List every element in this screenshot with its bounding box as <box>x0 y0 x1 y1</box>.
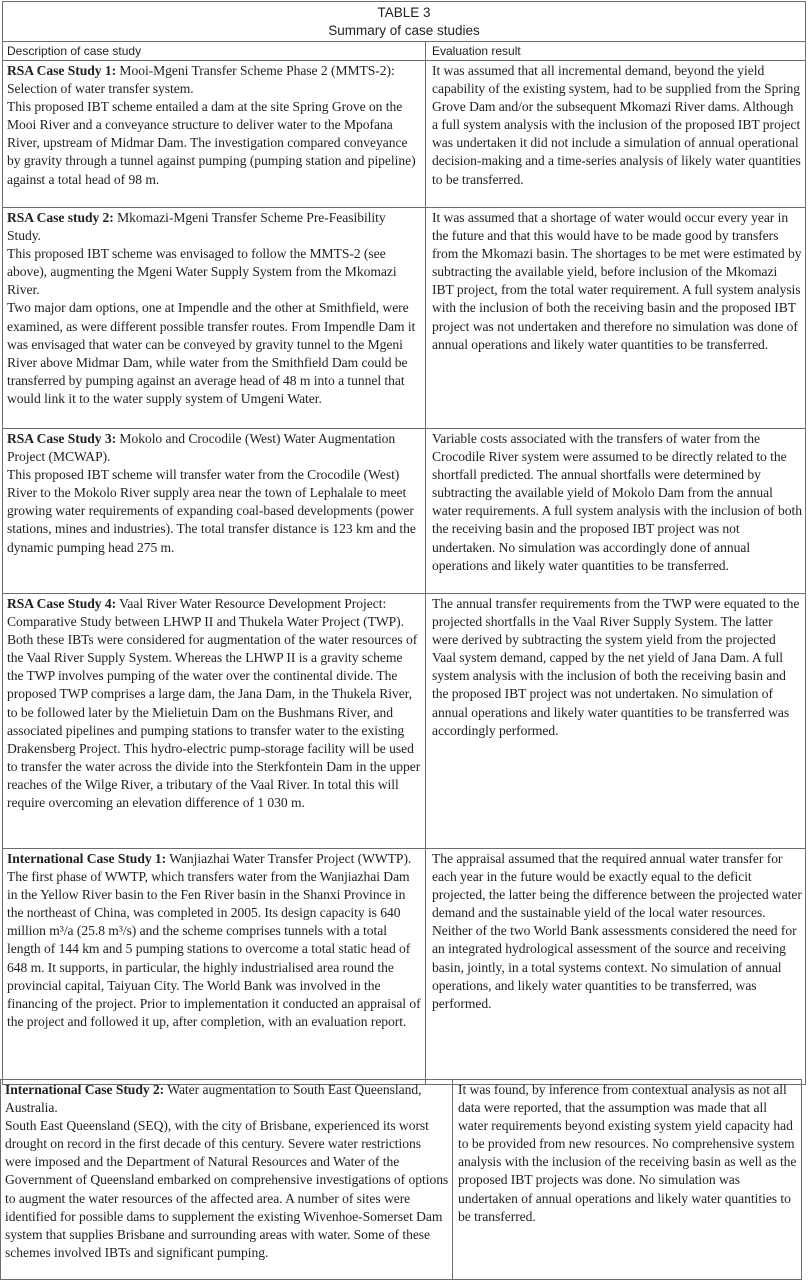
description-cell: RSA Case study 2: Mkomazi-Mgeni Transfer… <box>3 208 426 428</box>
case-label: RSA Case Study 3: <box>7 431 116 446</box>
column-header-evaluation: Evaluation result <box>426 42 805 60</box>
column-header-description: Description of case study <box>3 42 426 60</box>
table-row: International Case Study 2: Water augmen… <box>0 1079 802 1280</box>
case-label: RSA Case study 2: <box>7 210 114 225</box>
table-header-row: Description of case study Evaluation res… <box>2 41 806 60</box>
case-description: Both these IBTs were considered for augm… <box>7 631 422 812</box>
description-cell: RSA Case Study 1: Mooi-Mgeni Transfer Sc… <box>3 61 426 207</box>
table-label: TABLE 3 <box>3 4 805 22</box>
evaluation-cell: It was assumed that a shortage of water … <box>426 208 805 428</box>
case-description: South East Queensland (SEQ), with the ci… <box>5 1117 449 1262</box>
case-label: RSA Case Study 1: <box>7 63 116 78</box>
case-description: This proposed IBT scheme will transfer w… <box>7 466 422 556</box>
description-cell: RSA Case Study 3: Mokolo and Crocodile (… <box>3 429 426 593</box>
evaluation-cell: It was found, by inference from contextu… <box>453 1080 801 1279</box>
case-description-continued: Two major dam options, one at Impendle a… <box>7 299 422 408</box>
table-title: Summary of case studies <box>3 22 805 40</box>
case-description: This proposed IBT scheme entailed a dam … <box>7 98 422 188</box>
evaluation-cell: Variable costs associated with the trans… <box>426 429 805 593</box>
case-studies-table: TABLE 3 Summary of case studies Descript… <box>2 1 806 1085</box>
table-row: RSA Case study 2: Mkomazi-Mgeni Transfer… <box>2 207 806 428</box>
description-cell: RSA Case Study 4: Vaal River Water Resou… <box>3 594 426 848</box>
case-label: International Case Study 2: <box>5 1082 164 1097</box>
evaluation-cell: It was assumed that all incremental dema… <box>426 61 805 207</box>
table-caption: TABLE 3 Summary of case studies <box>2 1 806 41</box>
table-row: RSA Case Study 3: Mokolo and Crocodile (… <box>2 428 806 593</box>
table-row: RSA Case Study 4: Vaal River Water Resou… <box>2 593 806 848</box>
case-label: International Case Study 1: <box>7 851 166 866</box>
description-cell: International Case Study 2: Water augmen… <box>1 1080 453 1279</box>
evaluation-cell: The annual transfer requirements from th… <box>426 594 805 848</box>
evaluation-cell: The appraisal assumed that the required … <box>426 849 805 1084</box>
case-description: This proposed IBT scheme was envisaged t… <box>7 245 422 299</box>
case-title: Wanjiazhai Water Transfer Project (WWTP)… <box>166 851 411 866</box>
case-label: RSA Case Study 4: <box>7 596 116 611</box>
case-description: The first phase of WWTP, which transfers… <box>7 868 422 1031</box>
table-row: International Case Study 1: Wanjiazhai W… <box>2 848 806 1085</box>
table-row: RSA Case Study 1: Mooi-Mgeni Transfer Sc… <box>2 60 806 207</box>
description-cell: International Case Study 1: Wanjiazhai W… <box>3 849 426 1084</box>
